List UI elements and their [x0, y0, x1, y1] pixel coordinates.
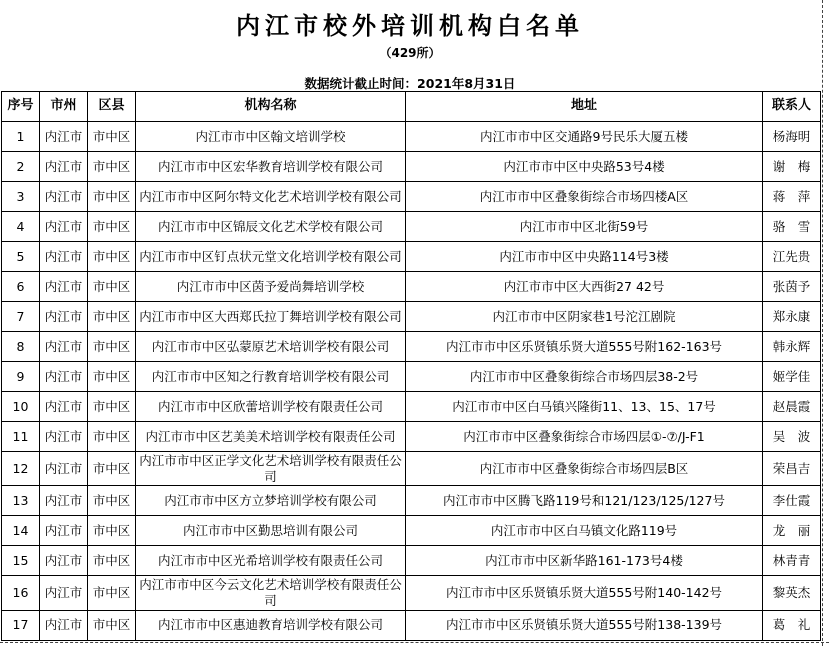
institution-name-cell: 内江市市中区方立梦培训学校有限公司 [136, 486, 406, 516]
district-cell: 市中区 [88, 610, 136, 640]
institution-name-cell: 内江市市中区大西郑氏拉丁舞培训学校有限公司 [136, 302, 406, 332]
district-cell: 市中区 [88, 422, 136, 452]
district-cell: 市中区 [88, 362, 136, 392]
table-row: 2内江市市中区内江市市中区宏华教育培训学校有限公司内江市市中区中央路53号4楼谢… [2, 152, 821, 182]
district-cell: 市中区 [88, 212, 136, 242]
district-cell: 市中区 [88, 122, 136, 152]
institution-name-cell: 内江市市中区茵予爱尚舞培训学校 [136, 272, 406, 302]
page-break-line-horizontal [0, 642, 829, 643]
column-header-no: 序号 [2, 92, 40, 122]
table-row: 8内江市市中区内江市市中区弘蒙原艺术培训学校有限公司内江市市中区乐贤镇乐贤大道5… [2, 332, 821, 362]
row-number-cell: 16 [2, 576, 40, 610]
city-cell: 内江市 [40, 610, 88, 640]
district-cell: 市中区 [88, 576, 136, 610]
address-cell: 内江市市中区叠象街综合市场四层38-2号 [406, 362, 763, 392]
address-cell: 内江市市中区北街59号 [406, 212, 763, 242]
address-cell: 内江市市中区乐贤镇乐贤大道555号附162-163号 [406, 332, 763, 362]
institution-name-cell: 内江市市中区阿尔特文化艺术培训学校有限公司 [136, 182, 406, 212]
city-cell: 内江市 [40, 182, 88, 212]
row-number-cell: 6 [2, 272, 40, 302]
whitelist-table: 序号 市州 区县 机构名称 地址 联系人 1内江市市中区内江市市中区翰文培训学校… [1, 91, 821, 641]
contact-cell: 赵晨霞 [763, 392, 821, 422]
city-cell: 内江市 [40, 546, 88, 576]
institution-name-cell: 内江市市中区钉点状元堂文化培训学校有限公司 [136, 242, 406, 272]
data-cutoff-date: 数据统计截止时间：2021年8月31日 [0, 74, 820, 92]
row-number-cell: 17 [2, 610, 40, 640]
district-cell: 市中区 [88, 152, 136, 182]
table-row: 13内江市市中区内江市市中区方立梦培训学校有限公司内江市市中区腾飞路119号和1… [2, 486, 821, 516]
page-break-line-vertical [822, 0, 823, 646]
contact-cell: 骆 雪 [763, 212, 821, 242]
city-cell: 内江市 [40, 452, 88, 486]
row-number-cell: 1 [2, 122, 40, 152]
district-cell: 市中区 [88, 332, 136, 362]
table-row: 6内江市市中区内江市市中区茵予爱尚舞培训学校内江市市中区大西街27 42号张茵予 [2, 272, 821, 302]
row-number-cell: 12 [2, 452, 40, 486]
institution-name-cell: 内江市市中区翰文培训学校 [136, 122, 406, 152]
address-cell: 内江市市中区叠象街综合市场四层B区 [406, 452, 763, 486]
contact-cell: 杨海明 [763, 122, 821, 152]
table-row: 12内江市市中区内江市市中区正学文化艺术培训学校有限责任公司内江市市中区叠象街综… [2, 452, 821, 486]
district-cell: 市中区 [88, 392, 136, 422]
district-cell: 市中区 [88, 452, 136, 486]
district-cell: 市中区 [88, 486, 136, 516]
address-cell: 内江市市中区腾飞路119号和121/123/125/127号 [406, 486, 763, 516]
column-header-address: 地址 [406, 92, 763, 122]
address-cell: 内江市市中区阴家巷1号沱江剧院 [406, 302, 763, 332]
row-number-cell: 9 [2, 362, 40, 392]
row-number-cell: 13 [2, 486, 40, 516]
table-row: 9内江市市中区内江市市中区知之行教育培训学校有限公司内江市市中区叠象街综合市场四… [2, 362, 821, 392]
contact-cell: 郑永康 [763, 302, 821, 332]
address-cell: 内江市市中区乐贤镇乐贤大道555号附140-142号 [406, 576, 763, 610]
table-row: 7内江市市中区内江市市中区大西郑氏拉丁舞培训学校有限公司内江市市中区阴家巷1号沱… [2, 302, 821, 332]
institution-name-cell: 内江市市中区光希培训学校有限责任公司 [136, 546, 406, 576]
column-header-district: 区县 [88, 92, 136, 122]
row-number-cell: 2 [2, 152, 40, 182]
row-number-cell: 4 [2, 212, 40, 242]
institution-name-cell: 内江市市中区惠迪教育培训学校有限公司 [136, 610, 406, 640]
contact-cell: 吴 波 [763, 422, 821, 452]
city-cell: 内江市 [40, 122, 88, 152]
row-number-cell: 11 [2, 422, 40, 452]
column-header-contact: 联系人 [763, 92, 821, 122]
district-cell: 市中区 [88, 516, 136, 546]
district-cell: 市中区 [88, 302, 136, 332]
contact-cell: 韩永辉 [763, 332, 821, 362]
contact-cell: 蒋 萍 [763, 182, 821, 212]
contact-cell: 姬学佳 [763, 362, 821, 392]
city-cell: 内江市 [40, 272, 88, 302]
table-body: 1内江市市中区内江市市中区翰文培训学校内江市市中区交通路9号民乐大厦五楼杨海明2… [2, 122, 821, 641]
page-title: 内江市校外培训机构白名单 [0, 6, 820, 41]
institution-name-cell: 内江市市中区锦辰文化艺术学校有限公司 [136, 212, 406, 242]
table-row: 17内江市市中区内江市市中区惠迪教育培训学校有限公司内江市市中区乐贤镇乐贤大道5… [2, 610, 821, 640]
address-cell: 内江市市中区中央路53号4楼 [406, 152, 763, 182]
table-row: 4内江市市中区内江市市中区锦辰文化艺术学校有限公司内江市市中区北街59号骆 雪 [2, 212, 821, 242]
row-number-cell: 3 [2, 182, 40, 212]
table-header-row: 序号 市州 区县 机构名称 地址 联系人 [2, 92, 821, 122]
city-cell: 内江市 [40, 516, 88, 546]
row-number-cell: 7 [2, 302, 40, 332]
table-row: 10内江市市中区内江市市中区欣蕾培训学校有限责任公司内江市市中区白马镇兴隆街11… [2, 392, 821, 422]
address-cell: 内江市市中区白马镇兴隆街11、13、15、17号 [406, 392, 763, 422]
row-number-cell: 14 [2, 516, 40, 546]
row-number-cell: 10 [2, 392, 40, 422]
district-cell: 市中区 [88, 182, 136, 212]
city-cell: 内江市 [40, 576, 88, 610]
district-cell: 市中区 [88, 546, 136, 576]
table-row: 5内江市市中区内江市市中区钉点状元堂文化培训学校有限公司内江市市中区中央路114… [2, 242, 821, 272]
district-cell: 市中区 [88, 272, 136, 302]
institution-name-cell: 内江市市中区今云文化艺术培训学校有限责任公司 [136, 576, 406, 610]
institution-name-cell: 内江市市中区宏华教育培训学校有限公司 [136, 152, 406, 182]
contact-cell: 江先贵 [763, 242, 821, 272]
row-number-cell: 15 [2, 546, 40, 576]
address-cell: 内江市市中区交通路9号民乐大厦五楼 [406, 122, 763, 152]
table-row: 15内江市市中区内江市市中区光希培训学校有限责任公司内江市市中区新华路161-1… [2, 546, 821, 576]
city-cell: 内江市 [40, 242, 88, 272]
address-cell: 内江市市中区中央路114号3楼 [406, 242, 763, 272]
table-row: 14内江市市中区内江市市中区勤思培训有限公司内江市市中区白马镇文化路119号龙 … [2, 516, 821, 546]
table-row: 3内江市市中区内江市市中区阿尔特文化艺术培训学校有限公司内江市市中区叠象街综合市… [2, 182, 821, 212]
address-cell: 内江市市中区大西街27 42号 [406, 272, 763, 302]
address-cell: 内江市市中区白马镇文化路119号 [406, 516, 763, 546]
address-cell: 内江市市中区叠象街综合市场四层①-⑦/J-F1 [406, 422, 763, 452]
contact-cell: 葛 礼 [763, 610, 821, 640]
city-cell: 内江市 [40, 302, 88, 332]
address-cell: 内江市市中区新华路161-173号4楼 [406, 546, 763, 576]
city-cell: 内江市 [40, 152, 88, 182]
city-cell: 内江市 [40, 362, 88, 392]
address-cell: 内江市市中区乐贤镇乐贤大道555号附138-139号 [406, 610, 763, 640]
address-cell: 内江市市中区叠象街综合市场四楼A区 [406, 182, 763, 212]
institution-name-cell: 内江市市中区勤思培训有限公司 [136, 516, 406, 546]
table-row: 16内江市市中区内江市市中区今云文化艺术培训学校有限责任公司内江市市中区乐贤镇乐… [2, 576, 821, 610]
contact-cell: 龙 丽 [763, 516, 821, 546]
institution-count: （429所） [0, 44, 820, 61]
contact-cell: 荣昌吉 [763, 452, 821, 486]
contact-cell: 谢 梅 [763, 152, 821, 182]
city-cell: 内江市 [40, 392, 88, 422]
institution-name-cell: 内江市市中区艺美美术培训学校有限责任公司 [136, 422, 406, 452]
institution-name-cell: 内江市市中区欣蕾培训学校有限责任公司 [136, 392, 406, 422]
city-cell: 内江市 [40, 422, 88, 452]
table-row: 11内江市市中区内江市市中区艺美美术培训学校有限责任公司内江市市中区叠象街综合市… [2, 422, 821, 452]
city-cell: 内江市 [40, 486, 88, 516]
row-number-cell: 5 [2, 242, 40, 272]
table-row: 1内江市市中区内江市市中区翰文培训学校内江市市中区交通路9号民乐大厦五楼杨海明 [2, 122, 821, 152]
row-number-cell: 8 [2, 332, 40, 362]
institution-name-cell: 内江市市中区正学文化艺术培训学校有限责任公司 [136, 452, 406, 486]
contact-cell: 黎英杰 [763, 576, 821, 610]
column-header-institution-name: 机构名称 [136, 92, 406, 122]
district-cell: 市中区 [88, 242, 136, 272]
city-cell: 内江市 [40, 212, 88, 242]
contact-cell: 李仕霞 [763, 486, 821, 516]
contact-cell: 林青青 [763, 546, 821, 576]
contact-cell: 张茵予 [763, 272, 821, 302]
institution-name-cell: 内江市市中区知之行教育培训学校有限公司 [136, 362, 406, 392]
city-cell: 内江市 [40, 332, 88, 362]
column-header-city: 市州 [40, 92, 88, 122]
institution-name-cell: 内江市市中区弘蒙原艺术培训学校有限公司 [136, 332, 406, 362]
